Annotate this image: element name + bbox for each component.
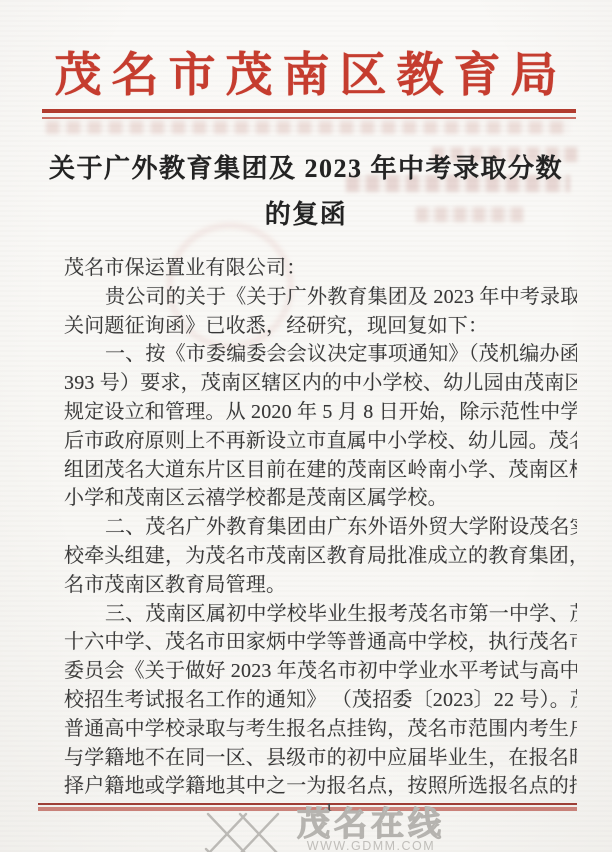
- body-line: 关问题征询函》已收悉，经研究，现回复如下：: [64, 312, 577, 341]
- letterhead-agency-name: 茂名市茂南区教育局: [36, 36, 576, 106]
- body-line: 十六中学、茂名市田家炳中学等普通高中学校，执行茂名市招生: [64, 628, 577, 657]
- body-line: 一、按《市委编委会会议决定事项通知》（茂机编办函〔2020〕: [64, 340, 577, 369]
- body-line: 组团茂名大道东片区目前在建的茂南区岭南小学、茂南区梓悦台: [64, 456, 577, 485]
- body-line: 二、茂名广外教育集团由广东外语外贸大学附设茂名实验学: [64, 513, 577, 542]
- body-line: 后市政府原则上不再新设立市直属中小学校、幼儿园。茂名市北: [64, 427, 577, 456]
- document-title-line2: 的复函: [42, 192, 570, 238]
- body-line: 三、茂南区属初中学校毕业生报考茂名市第一中学、茂名市: [64, 600, 577, 629]
- body-line: 393 号）要求，茂南区辖区内的中小学校、幼儿园由茂南区政府按: [64, 369, 577, 398]
- watermark-logo-icon: [203, 811, 285, 852]
- bleed-through-band: [46, 121, 570, 134]
- footer-double-rule: [38, 803, 577, 811]
- body-line: 普通高中学校录取与考生报名点挂钩，茂名市范围内考生户籍地: [64, 715, 577, 744]
- body-line: 名市茂南区教育局管理。: [64, 571, 577, 600]
- site-watermark: 茂名在线 WWW.GDMM.COM: [203, 809, 503, 852]
- letter-body: 茂名市保运置业有限公司： 贵公司的关于《关于广外教育集团及 2023 年中考录取…: [64, 254, 577, 801]
- watermark-site-name: 茂名在线: [297, 809, 445, 839]
- watermark-text: 茂名在线 WWW.GDMM.COM: [297, 809, 445, 852]
- body-line: 小学和茂南区云禧学校都是茂南区属学校。: [64, 484, 577, 513]
- document-title: 关于广外教育集团及 2023 年中考录取分数 的复函: [42, 146, 570, 238]
- salutation-line: 茂名市保运置业有限公司：: [64, 254, 577, 283]
- body-line: 校招生考试报名工作的通知》 （茂招委〔2023〕22 号）。茂名市: [64, 686, 577, 715]
- body-line: 委员会《关于做好 2023 年茂名市初中学业水平考试与高中阶段学: [64, 657, 577, 686]
- rule-thin-line: [42, 117, 576, 119]
- body-line: 贵公司的关于《关于广外教育集团及 2023 年中考录取分数相: [64, 283, 577, 312]
- page-number: 1: [326, 800, 332, 815]
- document-title-line1: 关于广外教育集团及 2023 年中考录取分数: [42, 146, 570, 192]
- watermark-site-url: WWW.GDMM.COM: [307, 839, 435, 852]
- body-line: 校牵头组建，为茂名市茂南区教育局批准成立的教育集团，属茂: [64, 542, 577, 571]
- body-line: 规定设立和管理。从 2020 年 5 月 8 日开始，除示范性中学外，今: [64, 398, 577, 427]
- letterhead-double-rule: [42, 109, 576, 119]
- rule-thick-line: [38, 807, 577, 811]
- body-line: 与学籍地不在同一区、县级市的初中应届毕业生，在报名时可选: [64, 744, 577, 773]
- body-line: 择户籍地或学籍地其中之一为报名点，按照所选报名点的招生政: [64, 772, 577, 801]
- scanned-official-letter-page: 茂名市茂南区教育局 关于广外教育集团及 2023 年中考录取分数 的复函 茂名市…: [0, 0, 612, 852]
